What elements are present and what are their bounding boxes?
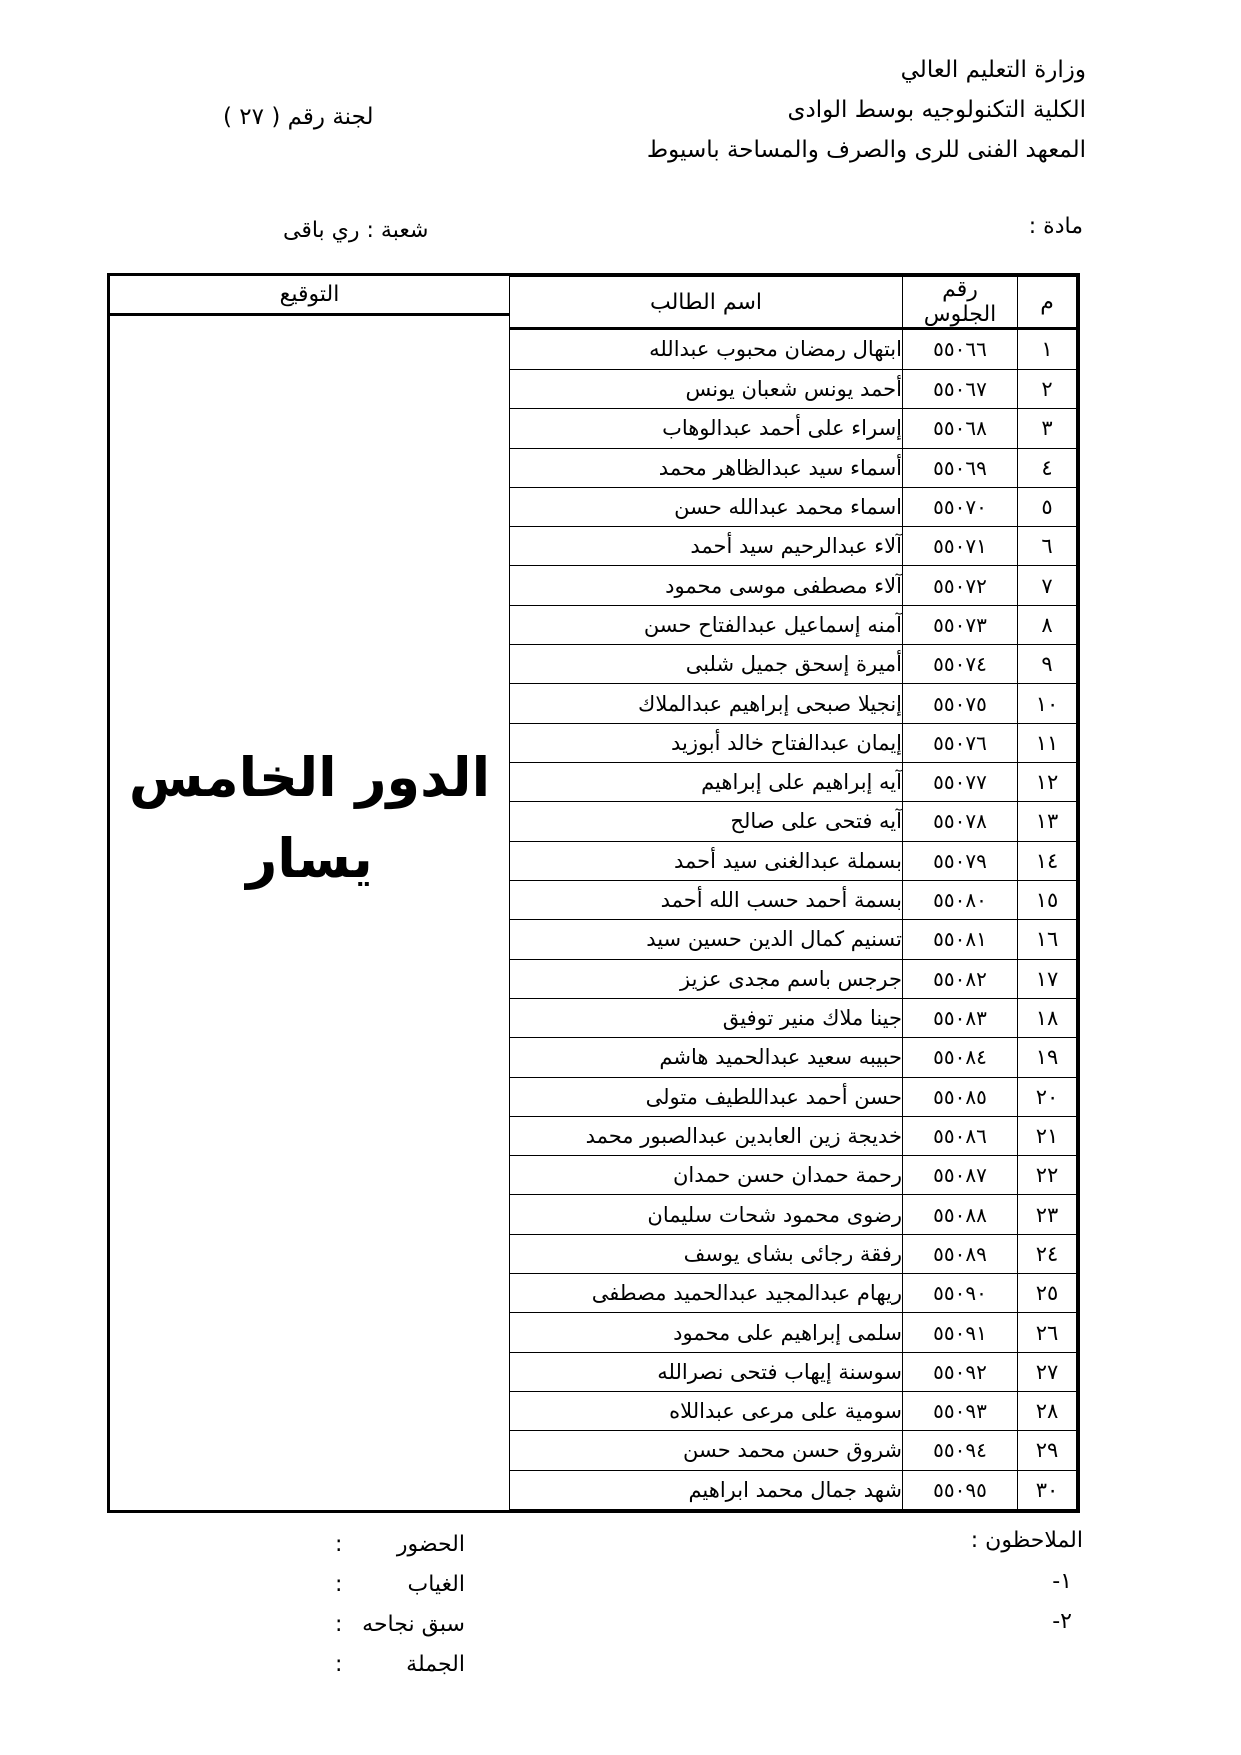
- seat-number-cell: ٥٥٠٧٧: [903, 763, 1018, 802]
- row-number-cell: ١٨: [1018, 998, 1077, 1037]
- seat-number-cell: ٥٥٠٧٥: [903, 684, 1018, 723]
- seat-number-cell: ٥٥٠٦٦: [903, 329, 1018, 370]
- seat-number-cell: ٥٥٠٩٣: [903, 1392, 1018, 1431]
- previously-passed-label: سبق نجاحه: [362, 1612, 465, 1637]
- student-name-cell: آيه فتحى على صالح: [510, 802, 903, 841]
- student-name-cell: شهد جمال محمد ابراهيم: [510, 1470, 903, 1509]
- row-number-cell: ٢٦: [1018, 1313, 1077, 1352]
- seat-number-cell: ٥٥٠٨٥: [903, 1077, 1018, 1116]
- absence-label: الغياب: [408, 1572, 465, 1597]
- student-name-cell: بسمة أحمد حسب الله أحمد: [510, 880, 903, 919]
- table-row: ٣٥٥٠٦٨إسراء على أحمد عبدالوهاب: [510, 409, 1077, 448]
- seat-number-cell: ٥٥٠٧٦: [903, 723, 1018, 762]
- section-label: شعبة : ري باقى: [283, 218, 428, 243]
- table-row: ٣٠٥٥٠٩٥شهد جمال محمد ابراهيم: [510, 1470, 1077, 1509]
- table-row: ١٤٥٥٠٧٩بسملة عبدالغنى سيد أحمد: [510, 841, 1077, 880]
- seat-number-cell: ٥٥٠٩٥: [903, 1470, 1018, 1509]
- table-row: ٩٥٥٠٧٤أميرة إسحق جميل شلبى: [510, 645, 1077, 684]
- student-name-cell: جينا ملاك منير توفيق: [510, 998, 903, 1037]
- table-row: ١٥٥٠٦٦ابتهال رمضان محبوب عبدالله: [510, 329, 1077, 370]
- attendance-table: م رقم الجلوس اسم الطالب ١٥٥٠٦٦ابتهال رمض…: [107, 273, 1080, 1513]
- student-name-cell: ريهام عبدالمجيد عبدالحميد مصطفى: [510, 1274, 903, 1313]
- row-number-cell: ١٤: [1018, 841, 1077, 880]
- row-number-cell: ٢٥: [1018, 1274, 1077, 1313]
- observer-2-line: ٢-: [1052, 1609, 1072, 1634]
- student-name-cell: سومية على مرعى عبداللاه: [510, 1392, 903, 1431]
- seat-number-cell: ٥٥٠٨٦: [903, 1116, 1018, 1155]
- seat-number-cell: ٥٥٠٩٠: [903, 1274, 1018, 1313]
- total-label: الجملة: [406, 1652, 465, 1677]
- table-row: ١٣٥٥٠٧٨آيه فتحى على صالح: [510, 802, 1077, 841]
- location-note: الدور الخامس يسار: [129, 737, 490, 899]
- table-row: ٧٥٥٠٧٢آلاء مصطفى موسى محمود: [510, 566, 1077, 605]
- student-rows: ١٥٥٠٦٦ابتهال رمضان محبوب عبدالله٢٥٥٠٦٧أح…: [510, 329, 1077, 1510]
- row-number-cell: ٢٤: [1018, 1234, 1077, 1273]
- seat-number-cell: ٥٥٠٨١: [903, 920, 1018, 959]
- student-name-cell: أحمد يونس شعبان يونس: [510, 369, 903, 408]
- row-number-cell: ١: [1018, 329, 1077, 370]
- signature-area: الدور الخامس يسار: [110, 316, 509, 1510]
- row-number-cell: ٣: [1018, 409, 1077, 448]
- committee-number: لجنة رقم ( ٢٧ ): [223, 104, 373, 130]
- table-row: ١٨٥٥٠٨٣جينا ملاك منير توفيق: [510, 998, 1077, 1037]
- seat-number-cell: ٥٥٠٧٩: [903, 841, 1018, 880]
- row-number-cell: ٨: [1018, 605, 1077, 644]
- row-number-cell: ١٢: [1018, 763, 1077, 802]
- absence-colon: :: [335, 1572, 342, 1597]
- student-name-cell: تسنيم كمال الدين حسين سيد: [510, 920, 903, 959]
- row-number-cell: ١٣: [1018, 802, 1077, 841]
- seat-number-cell: ٥٥٠٨٨: [903, 1195, 1018, 1234]
- table-row: ٢٣٥٥٠٨٨رضوى محمود شحات سليمان: [510, 1195, 1077, 1234]
- table-row: ٢٥٥٠٦٧أحمد يونس شعبان يونس: [510, 369, 1077, 408]
- student-name-cell: جرجس باسم مجدى عزيز: [510, 959, 903, 998]
- student-name-cell: حبيبه سعيد عبدالحميد هاشم: [510, 1038, 903, 1077]
- row-number-cell: ١٦: [1018, 920, 1077, 959]
- student-name-cell: سوسنة إيهاب فتحى نصرالله: [510, 1352, 903, 1391]
- student-name-cell: رفقة رجائى بشاى يوسف: [510, 1234, 903, 1273]
- student-name-cell: أسماء سيد عبدالظاهر محمد: [510, 448, 903, 487]
- row-number-cell: ٢١: [1018, 1116, 1077, 1155]
- table-row: ٢٩٥٥٠٩٤شروق حسن محمد حسن: [510, 1431, 1077, 1470]
- row-number-cell: ١٩: [1018, 1038, 1077, 1077]
- table-row: ٢٧٥٥٠٩٢سوسنة إيهاب فتحى نصرالله: [510, 1352, 1077, 1391]
- student-name-cell: إسراء على أحمد عبدالوهاب: [510, 409, 903, 448]
- table-row: ٤٥٥٠٦٩أسماء سيد عبدالظاهر محمد: [510, 448, 1077, 487]
- row-number-cell: ٢٢: [1018, 1156, 1077, 1195]
- col-header-name: اسم الطالب: [510, 277, 903, 329]
- table-row: ٢٢٥٥٠٨٧رحمة حمدان حسن حمدان: [510, 1156, 1077, 1195]
- subject-label: مادة :: [1029, 214, 1083, 239]
- student-name-cell: شروق حسن محمد حسن: [510, 1431, 903, 1470]
- table-row: ١٧٥٥٠٨٢جرجس باسم مجدى عزيز: [510, 959, 1077, 998]
- observer-1-line: ١-: [1052, 1569, 1072, 1594]
- student-name-cell: رحمة حمدان حسن حمدان: [510, 1156, 903, 1195]
- student-name-cell: آمنه إسماعيل عبدالفتاح حسن: [510, 605, 903, 644]
- student-name-cell: آلاء عبدالرحيم سيد أحمد: [510, 527, 903, 566]
- student-name-cell: إيمان عبدالفتاح خالد أبوزيد: [510, 723, 903, 762]
- table-row: ١١٥٥٠٧٦إيمان عبدالفتاح خالد أبوزيد: [510, 723, 1077, 762]
- table-row: ٢٠٥٥٠٨٥حسن أحمد عبداللطيف متولى: [510, 1077, 1077, 1116]
- attendance-sheet-page: وزارة التعليم العالي الكلية التكنولوجيه …: [0, 0, 1241, 1755]
- ministry-line: وزارة التعليم العالي: [647, 50, 1086, 90]
- seat-number-cell: ٥٥٠٨٠: [903, 880, 1018, 919]
- observers-label: الملاحظون :: [971, 1528, 1083, 1553]
- seat-number-cell: ٥٥٠٦٧: [903, 369, 1018, 408]
- student-name-cell: رضوى محمود شحات سليمان: [510, 1195, 903, 1234]
- seat-number-cell: ٥٥٠٧٢: [903, 566, 1018, 605]
- table-row: ١٩٥٥٠٨٤حبيبه سعيد عبدالحميد هاشم: [510, 1038, 1077, 1077]
- table-row: ٢٤٥٥٠٨٩رفقة رجائى بشاى يوسف: [510, 1234, 1077, 1273]
- seat-number-cell: ٥٥٠٨٣: [903, 998, 1018, 1037]
- total-colon: :: [335, 1652, 342, 1677]
- seat-number-cell: ٥٥٠٨٢: [903, 959, 1018, 998]
- seat-number-cell: ٥٥٠٨٤: [903, 1038, 1018, 1077]
- row-number-cell: ٩: [1018, 645, 1077, 684]
- student-name-cell: خديجة زين العابدين عبدالصبور محمد: [510, 1116, 903, 1155]
- student-name-cell: آلاء مصطفى موسى محمود: [510, 566, 903, 605]
- table-row: ١٦٥٥٠٨١تسنيم كمال الدين حسين سيد: [510, 920, 1077, 959]
- row-number-cell: ٢٧: [1018, 1352, 1077, 1391]
- attendance-colon: :: [335, 1532, 342, 1557]
- seat-number-cell: ٥٥٠٦٩: [903, 448, 1018, 487]
- student-name-cell: ابتهال رمضان محبوب عبدالله: [510, 329, 903, 370]
- table-row: ٢٦٥٥٠٩١سلمى إبراهيم على محمود: [510, 1313, 1077, 1352]
- attendance-label: الحضور: [397, 1532, 465, 1557]
- row-number-cell: ٥: [1018, 487, 1077, 526]
- signature-column: التوقيع الدور الخامس يسار: [110, 276, 509, 1510]
- student-name-cell: أميرة إسحق جميل شلبى: [510, 645, 903, 684]
- student-name-cell: بسملة عبدالغنى سيد أحمد: [510, 841, 903, 880]
- row-number-cell: ٤: [1018, 448, 1077, 487]
- col-header-signature: التوقيع: [110, 276, 509, 316]
- location-note-line2: يسار: [129, 818, 490, 899]
- col-header-index: م: [1018, 277, 1077, 329]
- seat-number-cell: ٥٥٠٩١: [903, 1313, 1018, 1352]
- seat-number-cell: ٥٥٠٧٠: [903, 487, 1018, 526]
- institute-line: المعهد الفنى للرى والصرف والمساحة باسيوط: [647, 130, 1086, 170]
- row-number-cell: ١٧: [1018, 959, 1077, 998]
- row-number-cell: ٢: [1018, 369, 1077, 408]
- total-row: الجملة :: [335, 1652, 465, 1677]
- seat-number-cell: ٥٥٠٧١: [903, 527, 1018, 566]
- col-header-seat: رقم الجلوس: [903, 277, 1018, 329]
- seat-number-cell: ٥٥٠٦٨: [903, 409, 1018, 448]
- table-row: ١٥٥٥٠٨٠بسمة أحمد حسب الله أحمد: [510, 880, 1077, 919]
- table-row: ٢٨٥٥٠٩٣سومية على مرعى عبداللاه: [510, 1392, 1077, 1431]
- row-number-cell: ٢٩: [1018, 1431, 1077, 1470]
- table-row: ١٠٥٥٠٧٥إنجيلا صبحى إبراهيم عبدالملاك: [510, 684, 1077, 723]
- college-line: الكلية التكنولوجيه بوسط الوادى: [647, 90, 1086, 130]
- attendance-row: الحضور :: [335, 1532, 465, 1557]
- row-number-cell: ٧: [1018, 566, 1077, 605]
- row-number-cell: ١٥: [1018, 880, 1077, 919]
- seat-number-cell: ٥٥٠٩٤: [903, 1431, 1018, 1470]
- table-row: ٢٥٥٥٠٩٠ريهام عبدالمجيد عبدالحميد مصطفى: [510, 1274, 1077, 1313]
- row-number-cell: ٢٨: [1018, 1392, 1077, 1431]
- table-row: ٢١٥٥٠٨٦خديجة زين العابدين عبدالصبور محمد: [510, 1116, 1077, 1155]
- org-header: وزارة التعليم العالي الكلية التكنولوجيه …: [647, 50, 1086, 170]
- previously-passed-colon: :: [335, 1612, 342, 1637]
- students-table: م رقم الجلوس اسم الطالب ١٥٥٠٦٦ابتهال رمض…: [509, 276, 1077, 1510]
- seat-number-cell: ٥٥٠٨٩: [903, 1234, 1018, 1273]
- row-number-cell: ٣٠: [1018, 1470, 1077, 1509]
- seat-number-cell: ٥٥٠٧٤: [903, 645, 1018, 684]
- previously-passed-row: سبق نجاحه :: [335, 1612, 465, 1637]
- seat-number-cell: ٥٥٠٨٧: [903, 1156, 1018, 1195]
- student-name-cell: آيه إبراهيم على إبراهيم: [510, 763, 903, 802]
- table-row: ٥٥٥٠٧٠اسماء محمد عبدالله حسن: [510, 487, 1077, 526]
- table-row: ١٢٥٥٠٧٧آيه إبراهيم على إبراهيم: [510, 763, 1077, 802]
- table-header-row: م رقم الجلوس اسم الطالب: [510, 277, 1077, 329]
- seat-number-cell: ٥٥٠٧٨: [903, 802, 1018, 841]
- student-name-cell: سلمى إبراهيم على محمود: [510, 1313, 903, 1352]
- table-row: ٦٥٥٠٧١آلاء عبدالرحيم سيد أحمد: [510, 527, 1077, 566]
- row-number-cell: ٢٣: [1018, 1195, 1077, 1234]
- row-number-cell: ١١: [1018, 723, 1077, 762]
- student-name-cell: إنجيلا صبحى إبراهيم عبدالملاك: [510, 684, 903, 723]
- seat-number-cell: ٥٥٠٩٢: [903, 1352, 1018, 1391]
- row-number-cell: ١٠: [1018, 684, 1077, 723]
- student-name-cell: اسماء محمد عبدالله حسن: [510, 487, 903, 526]
- absence-row: الغياب :: [335, 1572, 465, 1597]
- location-note-line1: الدور الخامس: [129, 737, 490, 818]
- seat-number-cell: ٥٥٠٧٣: [903, 605, 1018, 644]
- student-name-cell: حسن أحمد عبداللطيف متولى: [510, 1077, 903, 1116]
- table-row: ٨٥٥٠٧٣آمنه إسماعيل عبدالفتاح حسن: [510, 605, 1077, 644]
- row-number-cell: ٦: [1018, 527, 1077, 566]
- row-number-cell: ٢٠: [1018, 1077, 1077, 1116]
